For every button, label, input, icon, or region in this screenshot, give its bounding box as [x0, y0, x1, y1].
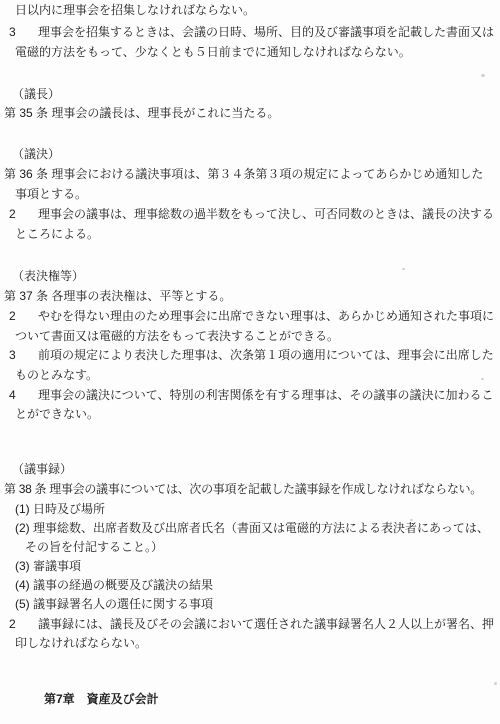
scan-noise-speck [494, 682, 497, 685]
paragraph-number: 2 [9, 307, 38, 326]
scan-noise-speck [410, 519, 413, 521]
section-heading: （議長） [12, 85, 60, 104]
paragraph-number: 4 [9, 386, 38, 405]
scan-noise-speck [29, 236, 31, 238]
article-line: 第 36 条 理事会における議決事項は、第３４条第３項の規定によってあらかじめ通… [4, 165, 483, 184]
doc-paragraph: 4理事会の議決について、特別の利害関係を有する理事は、その議事の議決に加わるこ [9, 386, 494, 405]
doc-paragraph: 2やむを得ない理由のため理事会に出席できない理事は、あらかじめ通知された事項に [9, 307, 494, 326]
list-item-text: 審議事項 [33, 559, 81, 573]
doc-line-continuation: とができない。 [15, 405, 99, 424]
list-item-text: 議事録署名人の選任に関する事項 [33, 597, 213, 611]
paragraph-text: 議事録には、議長及びその会議において選任された議事録署名人２人以上が署名、押 [38, 617, 494, 631]
section-heading: （議事録） [12, 460, 72, 479]
scan-noise-speck [481, 74, 485, 77]
doc-line-continuation: 事項とする。 [15, 185, 87, 204]
list-item: (4)議事の経過の概要及び議決の結果 [15, 576, 213, 595]
doc-line-continuation: 印しなければならない。 [15, 634, 147, 653]
doc-paragraph: 3前項の規定により表決した理事は、次条第１項の適用については、理事会に出席した [9, 346, 494, 365]
paragraph-number: 2 [9, 615, 38, 634]
doc-paragraph: 2理事会の議事は、理事総数の過半数をもって決し、可否同数のときは、議長の決する [9, 205, 494, 224]
article-line: 第 37 条 各理事の表決権は、平等とする。 [4, 287, 231, 306]
paragraph-text: やむを得ない理由のため理事会に出席できない理事は、あらかじめ通知された事項に [38, 309, 494, 323]
doc-paragraph: 3理事会を招集するときは、会議の日時、場所、目的及び審議事項を記載した書面又は [9, 23, 494, 42]
scan-noise-speck [481, 378, 484, 380]
list-item: (2)理事総数、出席者数及び出席者氏名（書面又は電磁的方法による表決者にあっては… [15, 519, 489, 538]
chapter-heading: 第7章 資産及び会計 [44, 690, 159, 709]
paragraph-number: 2 [9, 205, 38, 224]
list-item: (5)議事録署名人の選任に関する事項 [15, 595, 213, 614]
doc-paragraph: 2議事録には、議長及びその会議において選任された議事録署名人２人以上が署名、押 [9, 615, 494, 634]
paragraph-text: 理事会を招集するときは、会議の日時、場所、目的及び審議事項を記載した書面又は [38, 25, 494, 39]
article-line: 第 38 条 理事会の議事については、次の事項を記載した議事録を作成しなければな… [4, 480, 482, 499]
section-heading: （議決） [12, 145, 60, 164]
list-item-text: 議事の経過の概要及び議決の結果 [33, 578, 213, 592]
doc-line-continuation: 日以内に理事会を招集しなければならない。 [15, 1, 255, 20]
doc-line-continuation: ものとみなす。 [15, 366, 98, 385]
doc-line-continuation: ついて書面又は電磁的方法をもって表決することができる。 [15, 327, 339, 346]
paragraph-text: 前項の規定により表決した理事は、次条第１項の適用については、理事会に出席した [38, 348, 494, 362]
list-item-marker: (5) [15, 595, 33, 614]
paragraph-number: 3 [9, 346, 38, 365]
paragraph-number: 3 [9, 23, 38, 42]
document-page: 日以内に理事会を招集しなければならない。 3理事会を招集するときは、会議の日時、… [0, 0, 500, 724]
list-item-marker: (3) [15, 557, 33, 576]
list-item: (3)審議事項 [15, 557, 81, 576]
list-item: (1)日時及び場所 [15, 500, 105, 519]
article-line: 第 35 条 理事会の議長は、理事長がこれに当たる。 [4, 104, 279, 123]
paragraph-text: 理事会の議事は、理事総数の過半数をもって決し、可否同数のときは、議長の決する [38, 207, 494, 221]
doc-line-continuation: ところによる。 [15, 225, 99, 244]
list-item-marker: (2) [15, 519, 33, 538]
list-item-marker: (4) [15, 576, 33, 595]
section-heading: （表決権等） [12, 267, 84, 286]
list-item-continuation: その旨を付記すること。） [25, 538, 163, 557]
scan-noise-speck [402, 268, 405, 270]
doc-line-continuation: 電磁的方法をもって、少なくとも５日前までに通知しなければならない。 [15, 43, 411, 62]
list-item-text: 日時及び場所 [33, 502, 105, 516]
list-item-marker: (1) [15, 500, 33, 519]
list-item-text: 理事総数、出席者数及び出席者氏名（書面又は電磁的方法による表決者にあっては、 [33, 521, 489, 535]
paragraph-text: 理事会の議決について、特別の利害関係を有する理事は、その議事の議決に加わるこ [38, 388, 494, 402]
